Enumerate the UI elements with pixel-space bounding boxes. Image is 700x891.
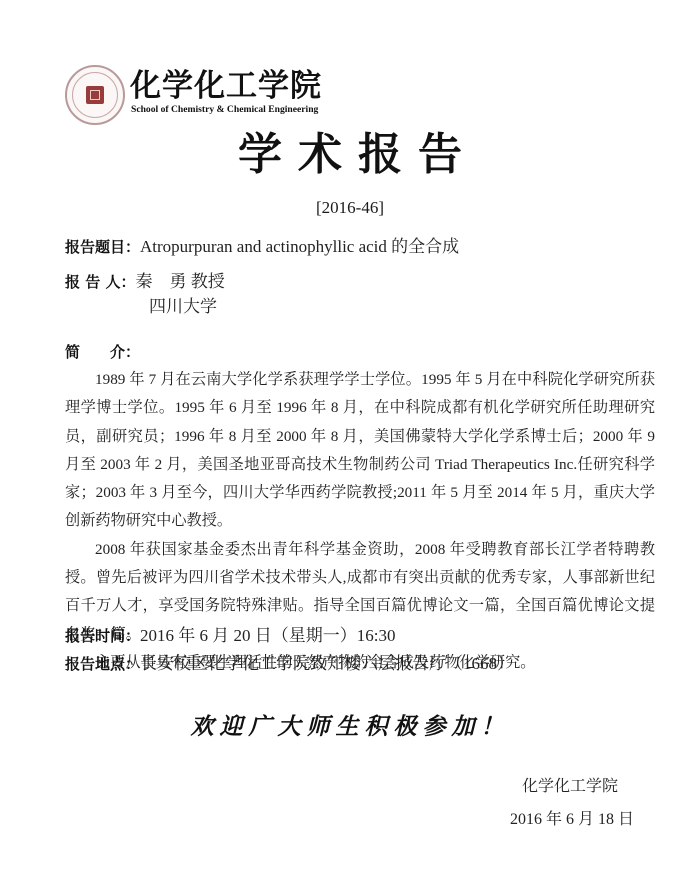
speaker-affiliation-row: 四川大学 <box>149 296 217 318</box>
school-emblem-icon <box>65 65 125 125</box>
school-name-cn: 化学化工学院 <box>130 68 322 104</box>
school-name-en: School of Chemistry & Chemical Engineeri… <box>131 104 318 115</box>
intro-row: 简 介： <box>65 341 140 363</box>
topic-row: 报告题目：Atropurpuran and actinophyllic acid… <box>65 236 459 258</box>
topic-value: Atropurpuran and actinophyllic acid 的全合成 <box>140 237 459 256</box>
speaker-label: 报 告 人： <box>65 273 135 291</box>
page-title: 学术报告 <box>0 130 700 180</box>
time-value: 2016 年 6 月 20 日（星期一）16:30 <box>140 626 395 645</box>
location-label: 报告地点： <box>65 655 140 673</box>
speaker-name: 秦 勇 教授 <box>135 272 224 291</box>
location-row: 报告地点：长安校区化学化工学院致知楼六层报告厅（1668） <box>65 653 514 675</box>
emblem-seal <box>86 86 104 104</box>
signature-org: 化学化工学院 <box>522 776 618 798</box>
location-value: 长安校区化学化工学院致知楼六层报告厅（1668） <box>140 654 514 673</box>
speaker-row: 报 告 人：秦 勇 教授 <box>65 271 225 293</box>
time-label: 报告时间： <box>65 627 140 645</box>
topic-label: 报告题目： <box>65 238 140 256</box>
report-code: [2016-46] <box>0 198 700 218</box>
bio-paragraph: 1989 年 7 月在云南大学化学系获理学学士学位。1995 年 5 月在中科院… <box>65 366 655 536</box>
time-row: 报告时间：2016 年 6 月 20 日（星期一）16:30 <box>65 625 396 647</box>
intro-label: 简 介： <box>65 343 140 361</box>
speaker-affiliation: 四川大学 <box>149 297 217 316</box>
welcome-message: 欢迎广大师生积极参加！ <box>0 712 700 742</box>
signature-date: 2016 年 6 月 18 日 <box>510 809 634 831</box>
